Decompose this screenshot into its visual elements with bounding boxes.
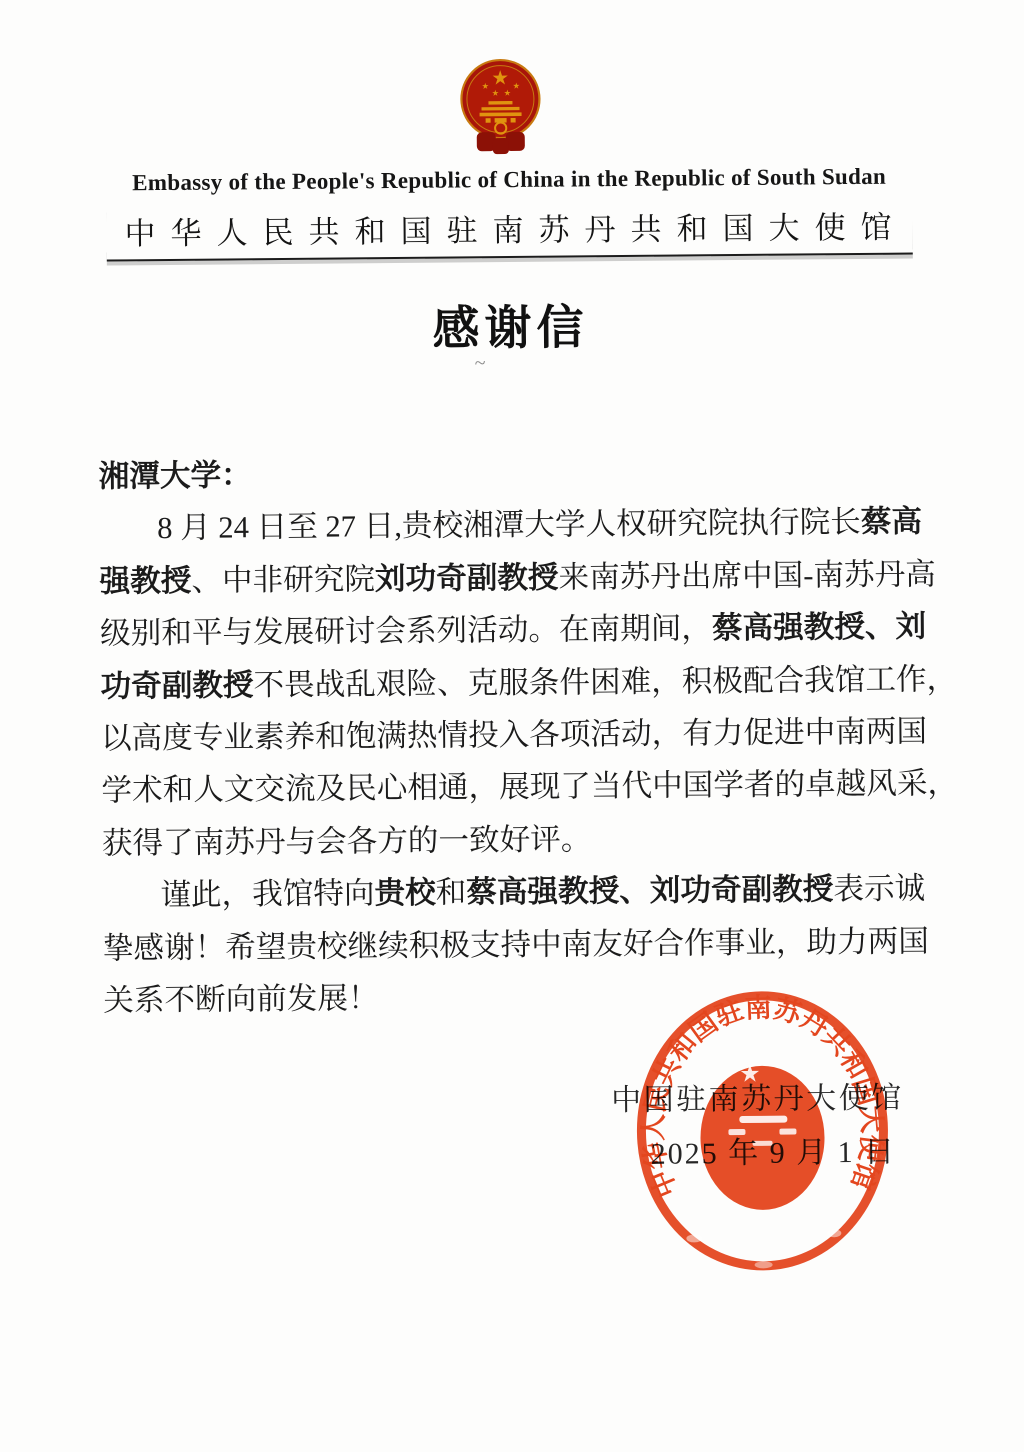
- body-line: 谨此，我馆特向贵校和蔡高强教授、刘功奇副教授表示诚: [102, 862, 942, 922]
- text-run: 表示诚: [833, 872, 925, 907]
- salutation-line: 湘潭大学：: [98, 443, 938, 503]
- bold-text-run: 蔡高: [861, 505, 922, 540]
- letter-page: Embassy of the People's Republic of Chin…: [0, 0, 1024, 1452]
- text-run: 获得了南苏丹与会各方的一致好评。: [102, 822, 592, 860]
- text-run: 来南苏丹出席中国-南苏丹高: [558, 557, 936, 594]
- bold-text-run: 贵校: [374, 876, 435, 911]
- bold-text-run: 强教授: [99, 564, 191, 599]
- text-run: 级别和平与发展研讨会系列活动。在南期间，: [100, 611, 712, 650]
- scanned-sheet: Embassy of the People's Republic of Chin…: [0, 0, 1024, 1452]
- text-run: 8 月 24 日至 27 日,贵校湘潭大学人权研究院执行院长: [157, 505, 861, 545]
- text-run: 不畏战乱艰险、克服条件困难，积极配合我馆工作，: [253, 662, 957, 702]
- bold-text-run: 刘功奇副教授: [375, 560, 559, 596]
- china-national-emblem-icon: [457, 56, 544, 159]
- embassy-chinese-header: 中华人民共和国驻南苏丹共和国大使馆: [106, 201, 912, 261]
- bold-text-run: 湘潭大学：: [99, 458, 252, 493]
- text-run: 关系不断向前发展！: [103, 981, 379, 1017]
- letter-body: 湘潭大学： 8 月 24 日至 27 日,贵校湘潭大学人权研究院执行院长蔡高 强…: [98, 443, 943, 1027]
- text-run: 谨此，我馆特向: [160, 876, 374, 912]
- body-line: 以高度专业素养和饱满热情投入各项活动，有力促进中南两国: [101, 705, 941, 765]
- embassy-chinese-header-row: 中华人民共和国驻南苏丹共和国大使馆: [0, 201, 1022, 263]
- embassy-english-header: Embassy of the People's Republic of Chin…: [0, 163, 1021, 198]
- body-line: 功奇副教授不畏战乱艰险、克服条件困难，积极配合我馆工作，: [100, 653, 940, 713]
- text-run: 挚感谢！希望贵校继续积极支持中南友好合作事业，助力两国: [103, 924, 929, 965]
- bold-text-run: 蔡高强教授、刘: [712, 610, 926, 646]
- body-line: 学术和人文交流及民心相通，展现了当代中国学者的卓越风采，: [101, 758, 941, 818]
- bold-text-run: 功奇副教授: [100, 668, 253, 703]
- body-line: 挚感谢！希望贵校继续积极支持中南友好合作事业，助力两国: [103, 915, 943, 975]
- bold-text-run: 蔡高强教授、刘功奇副教授: [466, 872, 833, 909]
- body-line: 8 月 24 日至 27 日,贵校湘潭大学人权研究院执行院长蔡高: [99, 496, 939, 556]
- text-run: 、中非研究院: [191, 562, 375, 598]
- body-line: 获得了南苏丹与会各方的一致好评。: [102, 810, 942, 870]
- text-run: 学术和人文交流及民心相通，展现了当代中国学者的卓越风采，: [101, 766, 958, 807]
- text-run: 以高度专业素养和饱满热情投入各项活动，有力促进中南两国: [101, 714, 927, 755]
- embassy-seal-stamp: 中华人民共和国驻南苏丹共和国大使馆: [632, 987, 893, 1277]
- text-run: 和: [436, 876, 467, 910]
- body-line: 级别和平与发展研讨会系列活动。在南期间，蔡高强教授、刘: [100, 600, 940, 660]
- body-line: 强教授、中非研究院刘功奇副教授来南苏丹出席中国-南苏丹高: [99, 548, 939, 608]
- stray-scan-mark: ~: [475, 352, 486, 375]
- letter-title: 感谢信: [0, 287, 1023, 363]
